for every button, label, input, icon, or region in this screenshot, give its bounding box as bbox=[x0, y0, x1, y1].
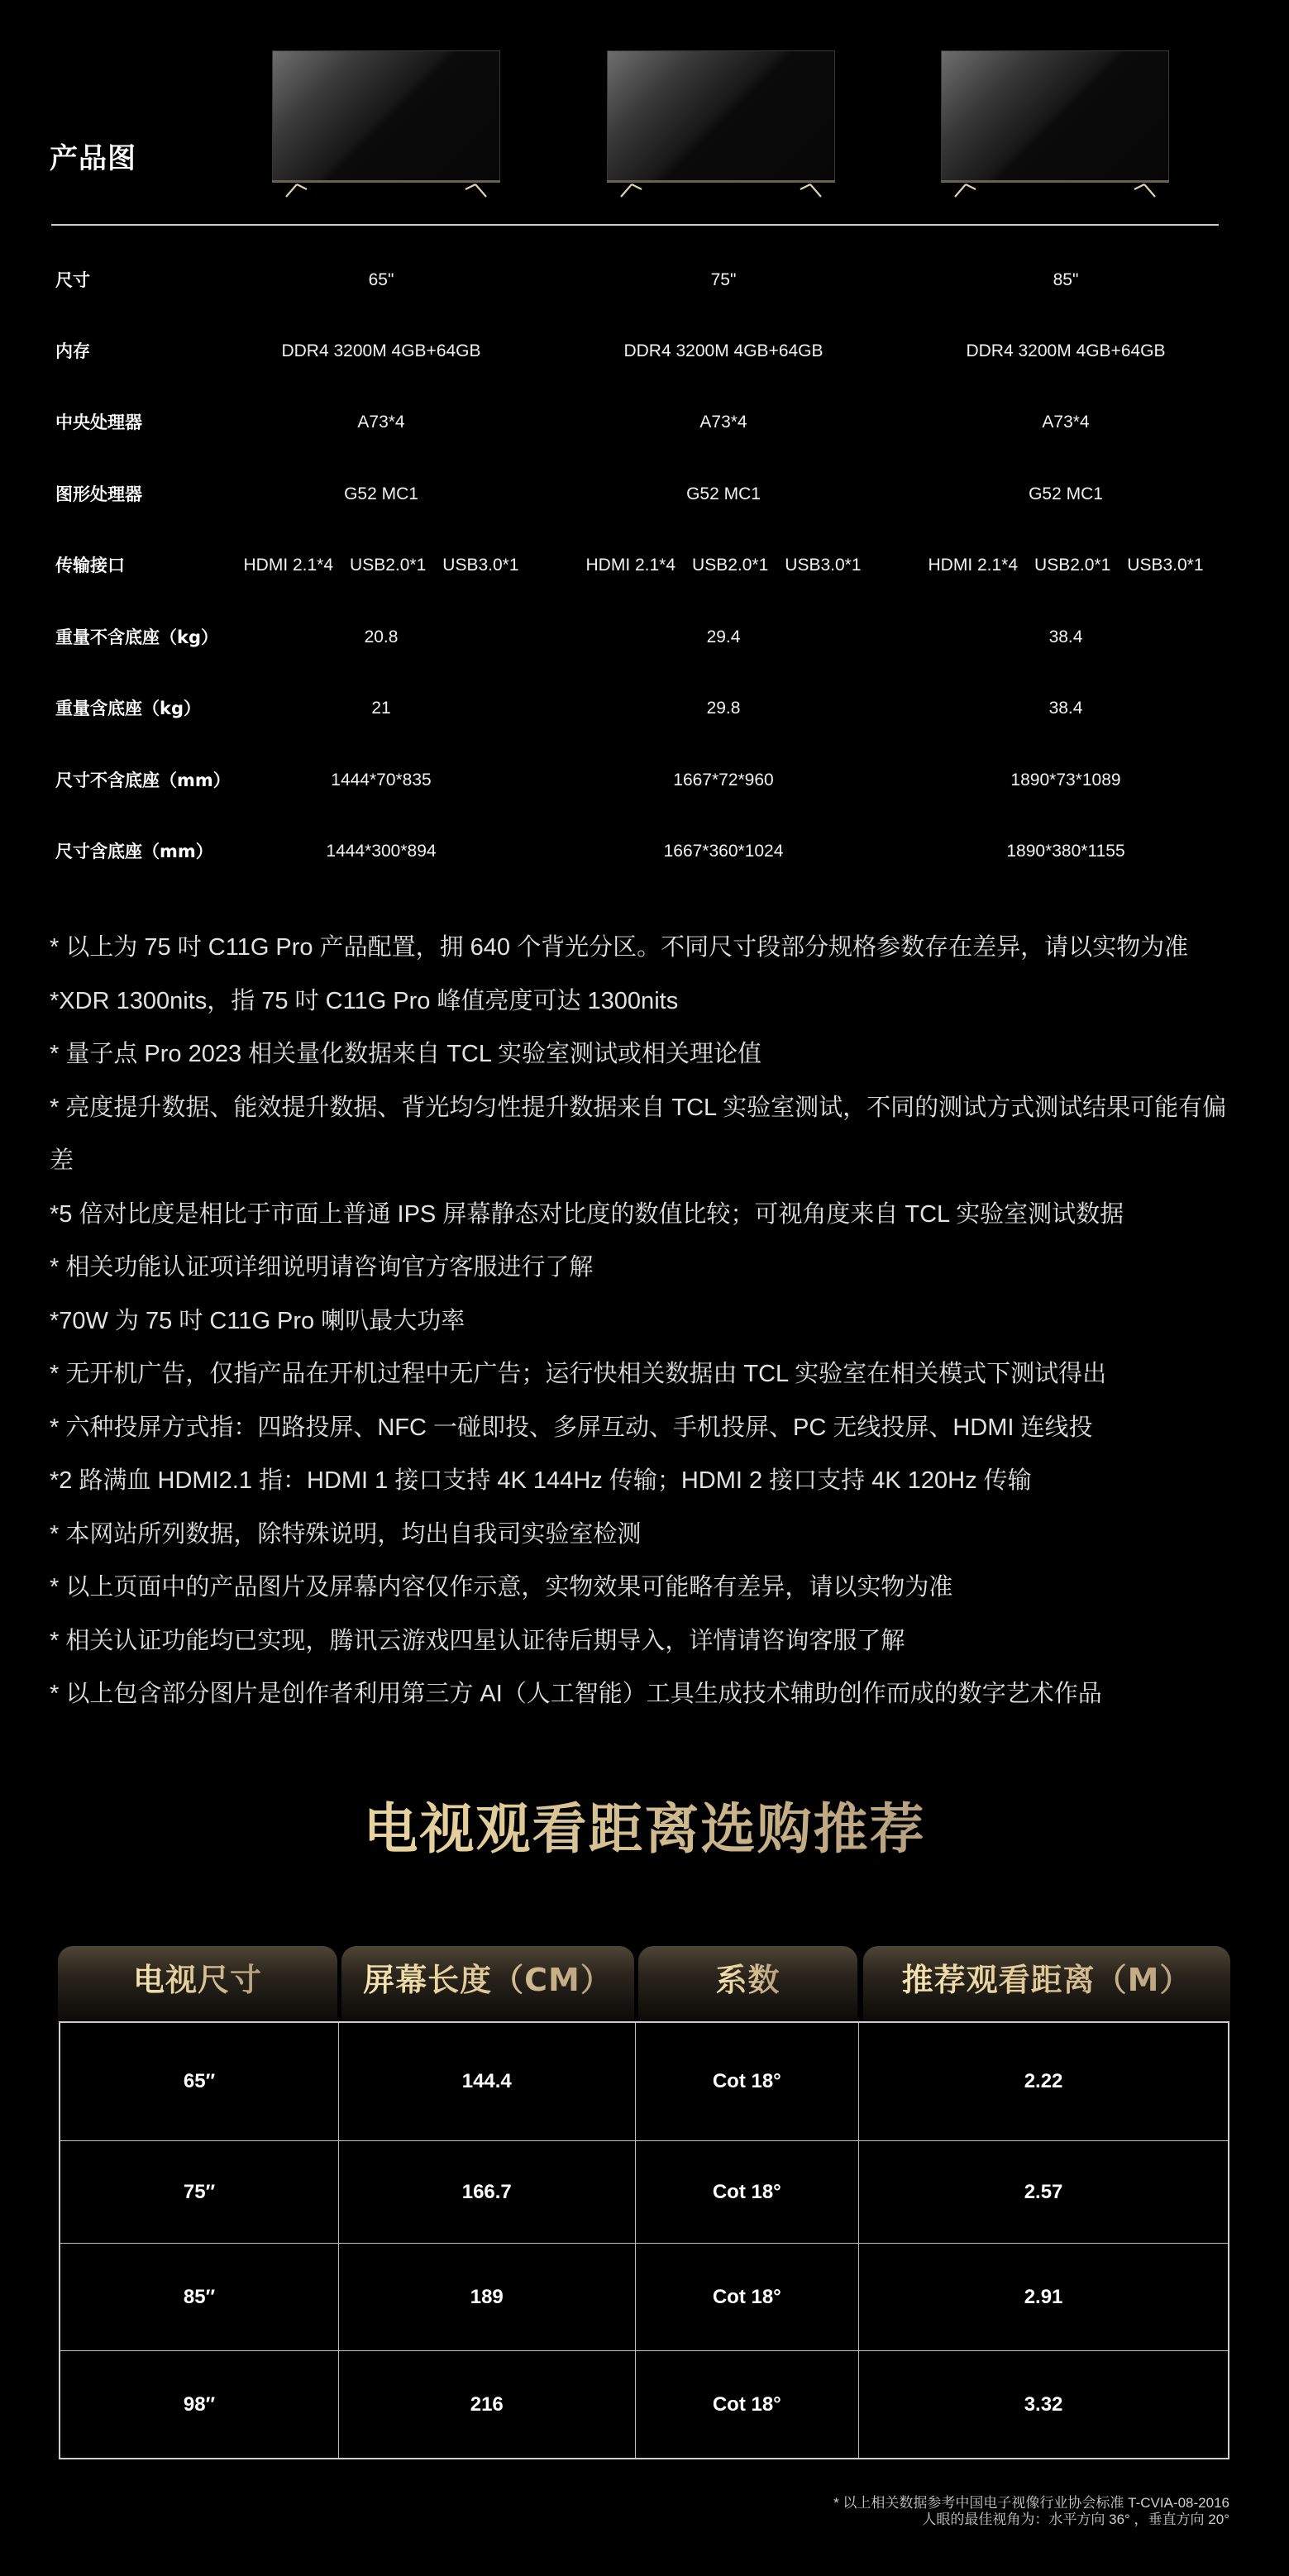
cell-coefficient: Cot 18° bbox=[635, 2351, 859, 2459]
spec-value: G52 MC1 bbox=[1029, 478, 1103, 511]
spec-label: 图形处理器 bbox=[55, 478, 142, 511]
note: * 相关认证功能均已实现，腾讯云游戏四星认证待后期导入，详情请咨询客服了解 bbox=[50, 1615, 1240, 1668]
cell-screen-length: 144.4 bbox=[339, 2022, 636, 2141]
header-label: 系数 bbox=[715, 1954, 780, 2000]
note: * 以上为 75 吋 C11G Pro 产品配置，拥 640 个背光分区。不同尺… bbox=[50, 921, 1240, 975]
spec-label: 尺寸含底座（mm） bbox=[55, 835, 213, 868]
spec-value: 20.8 bbox=[365, 621, 399, 654]
spec-row-cpu: 中央处理器 A73*4 A73*4 A73*4 bbox=[0, 406, 1289, 439]
table-row: 75″ 166.7 Cot 18° 2.57 bbox=[60, 2141, 1229, 2244]
spec-value: A73*4 bbox=[357, 406, 404, 439]
spec-value: 1444*70*835 bbox=[331, 764, 431, 797]
header-label: 推荐观看距离（M） bbox=[902, 1954, 1192, 2000]
spec-value: 1890*73*1089 bbox=[1010, 764, 1120, 797]
header-tab-recommended-distance: 推荐观看距离（M） bbox=[863, 1946, 1230, 2022]
tv-leg-icon bbox=[459, 183, 489, 198]
spec-value-ports: HDMI 2.1*4USB2.0*1USB3.0*1 bbox=[919, 549, 1211, 582]
tv-screen bbox=[272, 50, 500, 182]
note: * 以上包含部分图片是创作者利用第三方 AI（人工智能）工具生成技术辅助创作而成… bbox=[50, 1667, 1240, 1721]
spec-value: 38.4 bbox=[1049, 692, 1083, 725]
spec-label: 重量含底座（kg） bbox=[55, 692, 201, 725]
spec-row-memory: 内存 DDR4 3200M 4GB+64GB DDR4 3200M 4GB+64… bbox=[0, 335, 1289, 368]
tv-product-image-85 bbox=[941, 50, 1169, 198]
spec-value-ports: HDMI 2.1*4USB2.0*1USB3.0*1 bbox=[577, 549, 869, 582]
cell-screen-length: 216 bbox=[339, 2351, 636, 2459]
tv-screen bbox=[607, 50, 835, 182]
product-image-title: 产品图 bbox=[50, 139, 136, 179]
spec-label: 传输接口 bbox=[55, 549, 125, 582]
port-usb3: USB3.0*1 bbox=[1127, 549, 1203, 582]
viewing-distance-title: 电视观看距离选购推荐 bbox=[0, 1792, 1289, 1867]
spec-row-gpu: 图形处理器 G52 MC1 G52 MC1 G52 MC1 bbox=[0, 478, 1289, 511]
cell-screen-length: 189 bbox=[339, 2244, 636, 2351]
spec-value: DDR4 3200M 4GB+64GB bbox=[623, 335, 823, 368]
note: *XDR 1300nits，指 75 吋 C11G Pro 峰值亮度可达 130… bbox=[50, 975, 1240, 1028]
port-usb2: USB2.0*1 bbox=[1034, 549, 1110, 582]
tv-product-image-65 bbox=[272, 50, 500, 198]
note: *5 倍对比度是相比于市面上普通 IPS 屏幕静态对比度的数值比较；可视角度来自… bbox=[50, 1188, 1240, 1242]
port-hdmi: HDMI 2.1*4 bbox=[243, 549, 333, 582]
spec-value: 21 bbox=[371, 692, 390, 725]
tv-leg-icon bbox=[284, 183, 313, 198]
note: * 本网站所列数据，除特殊说明，均出自我司实验室检测 bbox=[50, 1508, 1240, 1562]
header-tab-tv-size: 电视尺寸 bbox=[58, 1946, 337, 2022]
footnote-line: * 以上相关数据参考中国电子视像行业协会标准 T-CVIA-08-2016 bbox=[833, 2495, 1229, 2512]
header-tab-coefficient: 系数 bbox=[638, 1946, 857, 2022]
note: *70W 为 75 吋 C11G Pro 喇叭最大功率 bbox=[50, 1295, 1240, 1348]
cell-coefficient: Cot 18° bbox=[635, 2022, 859, 2141]
cell-tv-size: 65″ bbox=[60, 2022, 339, 2141]
cell-tv-size: 98″ bbox=[60, 2351, 339, 2459]
header-label: 屏幕长度（CM） bbox=[363, 1954, 613, 2000]
note: * 量子点 Pro 2023 相关量化数据来自 TCL 实验室测试或相关理论值 bbox=[50, 1028, 1240, 1081]
spec-label: 重量不含底座（kg） bbox=[55, 621, 218, 654]
spec-row-ports: 传输接口 HDMI 2.1*4USB2.0*1USB3.0*1 HDMI 2.1… bbox=[0, 549, 1289, 582]
spec-label: 内存 bbox=[55, 335, 90, 368]
spec-label: 尺寸不含底座（mm） bbox=[55, 764, 231, 797]
section-divider bbox=[51, 224, 1219, 226]
spec-row-weight-no-stand: 重量不含底座（kg） 20.8 29.4 38.4 bbox=[0, 621, 1289, 654]
port-hdmi: HDMI 2.1*4 bbox=[928, 549, 1018, 582]
spec-value: 65" bbox=[369, 264, 394, 297]
cell-tv-size: 85″ bbox=[60, 2244, 339, 2351]
tv-leg-icon bbox=[794, 183, 824, 198]
header-label: 电视尺寸 bbox=[133, 1954, 262, 2000]
tv-leg-icon bbox=[952, 183, 982, 198]
table-row: 98″ 216 Cot 18° 3.32 bbox=[60, 2351, 1229, 2459]
spec-value: G52 MC1 bbox=[344, 478, 418, 511]
tv-product-image-75 bbox=[607, 50, 835, 198]
footnote-line: 人眼的最佳视角为：水平方向 36° ，垂直方向 20° bbox=[833, 2512, 1229, 2528]
spec-value: 1890*380*1155 bbox=[1006, 835, 1124, 868]
spec-value: 1667*72*960 bbox=[673, 764, 773, 797]
note: * 相关功能认证项详细说明请咨询官方客服进行了解 bbox=[50, 1241, 1240, 1295]
tv-leg-icon bbox=[618, 183, 648, 198]
cell-distance: 2.22 bbox=[859, 2022, 1229, 2141]
note: * 亮度提升数据、能效提升数据、背光均匀性提升数据来自 TCL 实验室测试，不同… bbox=[50, 1081, 1240, 1188]
tv-screen bbox=[941, 50, 1169, 182]
cell-distance: 3.32 bbox=[859, 2351, 1229, 2459]
spec-value: 29.4 bbox=[707, 621, 741, 654]
spec-value: 75" bbox=[711, 264, 737, 297]
viewing-distance-table: 65″ 144.4 Cot 18° 2.22 75″ 166.7 Cot 18°… bbox=[59, 2021, 1229, 2459]
port-hdmi: HDMI 2.1*4 bbox=[585, 549, 676, 582]
cell-coefficient: Cot 18° bbox=[635, 2141, 859, 2244]
spec-value: G52 MC1 bbox=[686, 478, 761, 511]
spec-value: 85" bbox=[1053, 264, 1079, 297]
cell-screen-length: 166.7 bbox=[339, 2141, 636, 2244]
spec-row-size: 尺寸 65" 75" 85" bbox=[0, 264, 1289, 297]
cell-tv-size: 75″ bbox=[60, 2141, 339, 2244]
disclaimer-notes: * 以上为 75 吋 C11G Pro 产品配置，拥 640 个背光分区。不同尺… bbox=[50, 921, 1240, 1721]
note: * 无开机广告，仅指产品在开机过程中无广告；运行快相关数据由 TCL 实验室在相… bbox=[50, 1348, 1240, 1401]
spec-value-ports: HDMI 2.1*4USB2.0*1USB3.0*1 bbox=[235, 549, 527, 582]
spec-value: DDR4 3200M 4GB+64GB bbox=[281, 335, 480, 368]
port-usb3: USB3.0*1 bbox=[442, 549, 518, 582]
spec-label: 中央处理器 bbox=[55, 406, 142, 439]
spec-value: 29.8 bbox=[707, 692, 741, 725]
spec-value: DDR4 3200M 4GB+64GB bbox=[966, 335, 1165, 368]
spec-label: 尺寸 bbox=[55, 264, 90, 297]
spec-value: A73*4 bbox=[699, 406, 747, 439]
spec-value: A73*4 bbox=[1042, 406, 1089, 439]
port-usb2: USB2.0*1 bbox=[350, 549, 426, 582]
spec-row-dimensions-no-stand: 尺寸不含底座（mm） 1444*70*835 1667*72*960 1890*… bbox=[0, 764, 1289, 797]
port-usb2: USB2.0*1 bbox=[692, 549, 768, 582]
cell-distance: 2.57 bbox=[859, 2141, 1229, 2244]
spec-row-dimensions-with-stand: 尺寸含底座（mm） 1444*300*894 1667*360*1024 189… bbox=[0, 835, 1289, 868]
table-row: 85″ 189 Cot 18° 2.91 bbox=[60, 2244, 1229, 2351]
table-row: 65″ 144.4 Cot 18° 2.22 bbox=[60, 2022, 1229, 2141]
tv-leg-icon bbox=[1128, 183, 1158, 198]
spec-row-weight-with-stand: 重量含底座（kg） 21 29.8 38.4 bbox=[0, 692, 1289, 725]
note: * 以上页面中的产品图片及屏幕内容仅作示意，实物效果可能略有差异，请以实物为准 bbox=[50, 1561, 1240, 1615]
cell-distance: 2.91 bbox=[859, 2244, 1229, 2351]
standard-footnote: * 以上相关数据参考中国电子视像行业协会标准 T-CVIA-08-2016 人眼… bbox=[833, 2495, 1229, 2528]
spec-value: 38.4 bbox=[1049, 621, 1083, 654]
spec-value: 1667*360*1024 bbox=[664, 835, 784, 868]
note: * 六种投屏方式指：四路投屏、NFC 一碰即投、多屏互动、手机投屏、PC 无线投… bbox=[50, 1401, 1240, 1455]
port-usb3: USB3.0*1 bbox=[785, 549, 861, 582]
header-tab-screen-length: 屏幕长度（CM） bbox=[341, 1946, 634, 2022]
cell-coefficient: Cot 18° bbox=[635, 2244, 859, 2351]
note: *2 路满血 HDMI2.1 指：HDMI 1 接口支持 4K 144Hz 传输… bbox=[50, 1454, 1240, 1508]
spec-value: 1444*300*894 bbox=[326, 835, 436, 868]
